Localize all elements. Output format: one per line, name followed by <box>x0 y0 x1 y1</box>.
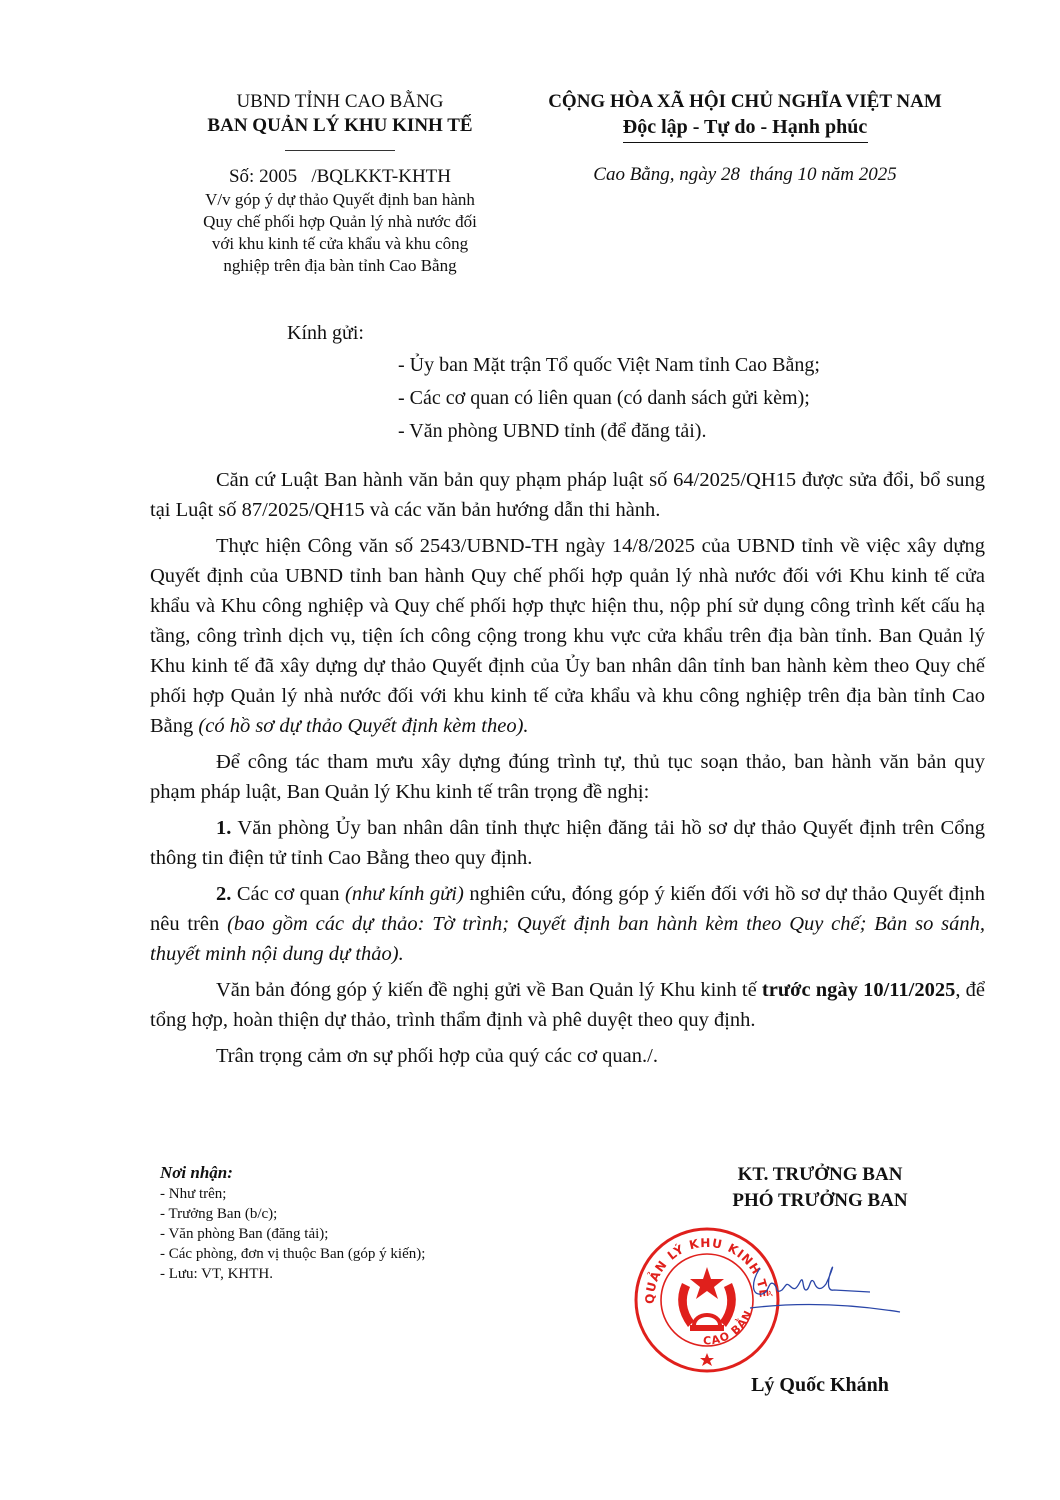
national-motto: Độc lập - Tự do - Hạnh phúc <box>505 114 985 140</box>
distribution-item: - Văn phòng Ban (đăng tải); <box>160 1224 425 1244</box>
place-date: Cao Bằng, ngày 28 tháng 10 năm 2025 <box>505 163 985 187</box>
distribution-item: - Các phòng, đơn vị thuộc Ban (góp ý kiế… <box>160 1244 425 1264</box>
distribution-item: - Như trên; <box>160 1184 425 1204</box>
signer-title-2: PHÓ TRƯỞNG BAN <box>640 1188 1000 1214</box>
subject-line-3: với khu kinh tế cửa khẩu và khu công <box>140 233 540 255</box>
issuing-agency-block: UBND TỈNH CAO BẰNG BAN QUẢN LÝ KHU KINH … <box>140 90 540 277</box>
paragraph-request: Để công tác tham mưu xây dựng đúng trình… <box>150 747 985 807</box>
recipient-item: - Các cơ quan có liên quan (có danh sách… <box>398 387 810 410</box>
nation-name: CỘNG HÒA XÃ HỘI CHỦ NGHĨA VIỆT NAM <box>505 90 985 114</box>
recipient-item: - Ủy ban Mặt trận Tổ quốc Việt Nam tỉnh … <box>398 354 820 377</box>
motto-divider <box>623 142 868 143</box>
distribution-list: Nơi nhận: - Như trên; - Trưởng Ban (b/c)… <box>160 1162 425 1284</box>
signer-name: Lý Quốc Khánh <box>640 1374 1000 1397</box>
distribution-item: - Trưởng Ban (b/c); <box>160 1204 425 1224</box>
national-header-block: CỘNG HÒA XÃ HỘI CHỦ NGHĨA VIỆT NAM Độc l… <box>505 90 985 187</box>
agency-name: BAN QUẢN LÝ KHU KINH TẾ <box>140 114 540 138</box>
request-item-2: 2. Các cơ quan (như kính gửi) nghiên cứu… <box>150 879 985 969</box>
paragraph-closing: Trân trọng cảm ơn sự phối hợp của quý cá… <box>150 1041 985 1071</box>
paragraph-implementation: Thực hiện Công văn số 2543/UBND-TH ngày … <box>150 531 985 741</box>
handwritten-signature-icon <box>740 1260 910 1320</box>
letter-body: Căn cứ Luật Ban hành văn bản quy phạm ph… <box>150 465 985 1077</box>
document-number: Số: 2005 /BQLKKT-KHTH <box>140 165 540 189</box>
parent-agency: UBND TỈNH CAO BẰNG <box>140 90 540 114</box>
agency-divider <box>285 150 395 151</box>
signature-block: KT. TRƯỞNG BAN PHÓ TRƯỞNG BAN Lý Quốc Kh… <box>640 1162 1000 1214</box>
recipients-label: Kính gửi: <box>287 322 364 345</box>
paragraph-deadline: Văn bản đóng góp ý kiến đề nghị gửi về B… <box>150 975 985 1035</box>
request-item-1: 1. Văn phòng Ủy ban nhân dân tỉnh thực h… <box>150 813 985 873</box>
subject-line-2: Quy chế phối hợp Quản lý nhà nước đối <box>140 211 540 233</box>
distribution-item: - Lưu: VT, KHTH. <box>160 1264 425 1284</box>
subject-line-1: V/v góp ý dự thảo Quyết định ban hành <box>140 189 540 211</box>
subject-line-4: nghiệp trên địa bàn tỉnh Cao Bằng <box>140 255 540 277</box>
distribution-title: Nơi nhận: <box>160 1162 425 1184</box>
recipient-item: - Văn phòng UBND tỉnh (để đăng tải). <box>398 420 706 443</box>
paragraph-legal-basis: Căn cứ Luật Ban hành văn bản quy phạm ph… <box>150 465 985 525</box>
signer-title-1: KT. TRƯỞNG BAN <box>640 1162 1000 1188</box>
